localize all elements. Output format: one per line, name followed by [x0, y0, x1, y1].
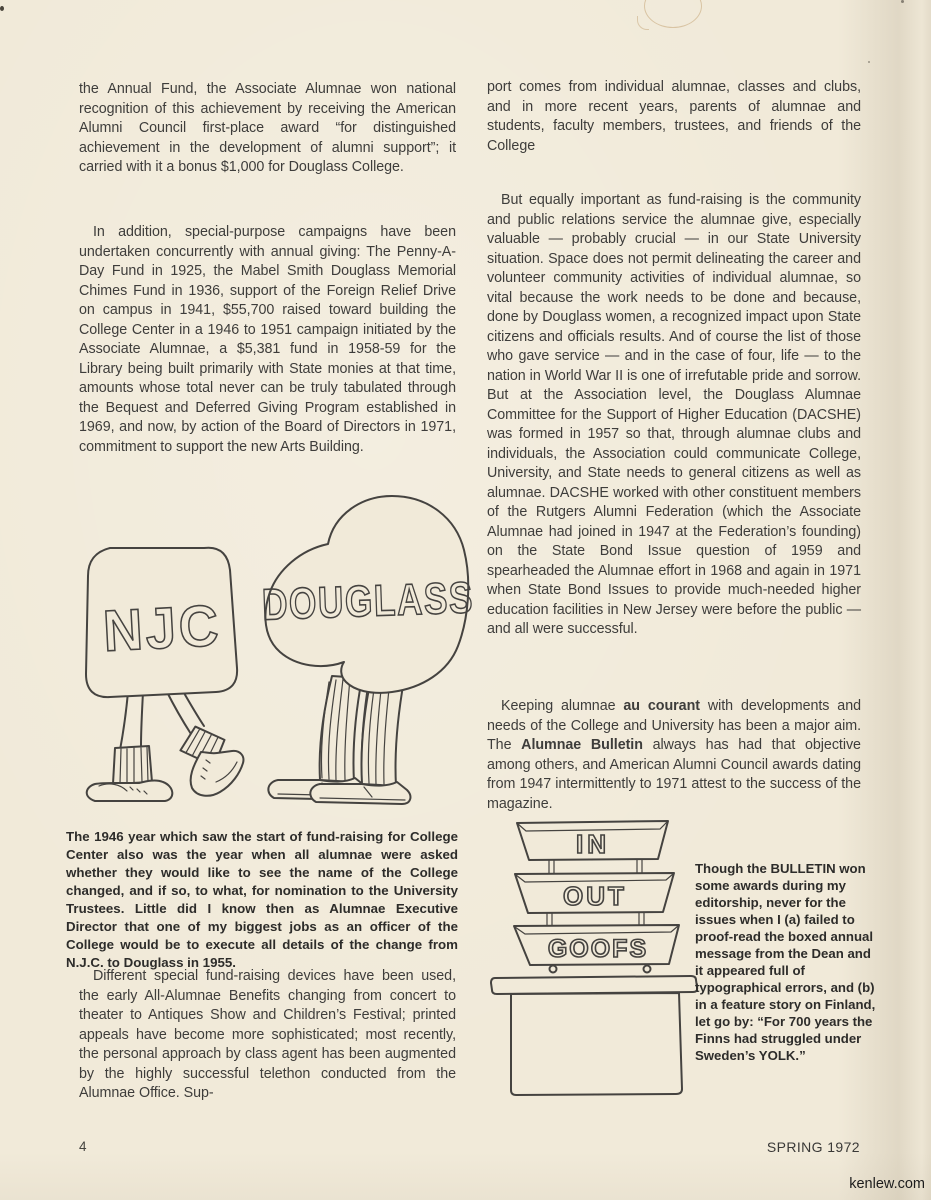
- right-photo-caption: Though the BULLETIN won some awards duri…: [695, 860, 877, 1064]
- left-photo-caption: The 1946 year which saw the start of fun…: [66, 828, 458, 972]
- douglass-sign-label: DOUGLASS: [261, 573, 475, 629]
- right-column-paragraph-3: Keeping alumnae au courant with developm…: [487, 697, 861, 814]
- left-column-paragraph-3: Different special fund-raising devices h…: [79, 967, 456, 1104]
- paper-speck: [901, 0, 904, 3]
- left-column-paragraph-1: the Annual Fund, the Associate Alumnae w…: [79, 80, 456, 178]
- paper-speck: [0, 6, 4, 11]
- paper-stain: [644, 0, 702, 28]
- paper-stain-hook: [637, 16, 649, 30]
- njc-sign-label: NJC: [102, 593, 223, 664]
- paper-speck: [868, 61, 870, 63]
- out-tray-label: OUT: [563, 881, 627, 911]
- watermark: kenlew.com: [849, 1176, 925, 1192]
- scanned-magazine-page: the Annual Fund, the Associate Alumnae w…: [0, 0, 931, 1200]
- right-column-paragraph-2: But equally important as fund-raising is…: [487, 191, 861, 640]
- in-tray-label: IN: [576, 829, 610, 859]
- page-number: 4: [79, 1139, 87, 1154]
- cartoon-in-out-goofs-trays: IN OUT GOOFS: [487, 813, 702, 1098]
- right-column-paragraph-1: port comes from individual alumnae, clas…: [487, 78, 861, 156]
- cartoon-njc-douglass-walking-signs: NJC DOUGLASS: [70, 486, 475, 809]
- goofs-tray-label: GOOFS: [548, 935, 648, 963]
- left-column-paragraph-2: In addition, special-purpose campaigns h…: [79, 223, 456, 457]
- issue-date: SPRING 1972: [700, 1139, 860, 1155]
